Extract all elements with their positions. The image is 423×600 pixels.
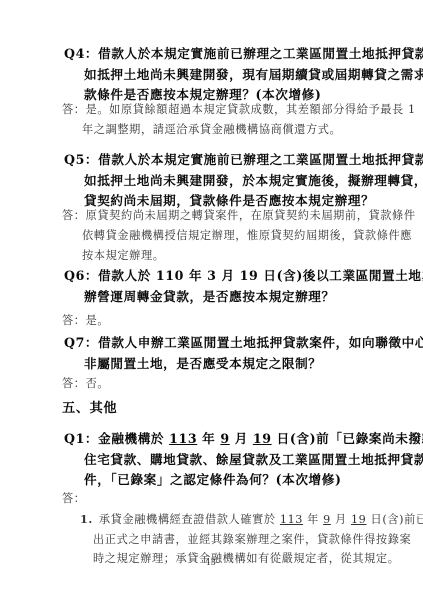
question-text: Q6：借款人於 110 年 3 月 19 日(含)後以工業區閒置土地為擔保，申	[64, 265, 423, 284]
answer-text: 依轉貸金融機構授信規定辦理，惟原貸契約屆期後，貸款條件應	[82, 227, 412, 243]
question-text: 住宅貸款、購地貸款、餘屋貸款及工業區閒置土地抵押貸款案	[84, 449, 423, 468]
section-heading: 五、其他	[62, 397, 117, 416]
question-text: 辦營運周轉金貸款，是否應按本規定辦理？	[84, 286, 335, 305]
answer-text: 出正式之申請書，並經其錄案辦理之案件，貸款條件得按錄案	[93, 531, 411, 547]
answer-text: 答：是。如原貸餘額超過本規定貸款成數，其差額部分得給予最長 1	[62, 101, 416, 117]
page-number: 13	[206, 558, 216, 568]
question-text: 如抵押土地尚未興建開發，於本規定實施後，擬辦理轉貸，且原	[84, 170, 423, 189]
question-text: Q5：借款人於本規定實施前已辦理之工業區閒置土地抵押貸款案件，	[64, 149, 423, 168]
answer-text: 時之規定辦理；承貸金融機構如有從嚴規定者，從其規定。	[93, 550, 399, 566]
list-number: 1.	[80, 512, 93, 526]
date-year: 113	[280, 513, 303, 526]
date-month: 9	[220, 431, 229, 446]
question-text: Q4：借款人於本規定實施前已辦理之工業區閒置土地抵押貸款案件，	[64, 43, 423, 62]
answer-text: 答：否。	[62, 375, 109, 391]
question-text: 件，「已錄案」之認定條件為何？(本次增修)	[84, 469, 342, 488]
answer-text: 1.承貸金融機構經查證借款人確實於 113 年 9 月 19 日(含)前已提	[80, 511, 423, 527]
answer-label: 答：	[62, 490, 86, 506]
date-month: 9	[323, 513, 331, 526]
answer-text: 答：是。	[62, 312, 109, 328]
date-day: 19	[351, 513, 366, 526]
question-text: Q1：金融機構於 113 年 9 月 19 日(含)前「已錄案尚未撥款」之購置	[64, 428, 423, 447]
question-text: 如抵押土地尚未興建開發，現有屆期續貸或屆期轉貸之需求，貸	[84, 64, 423, 83]
question-text: Q7：借款人申辦工業區閒置土地抵押貸款案件，如向聯徵中心查詢已	[64, 332, 423, 351]
date-year: 113	[169, 431, 197, 446]
answer-text: 按本規定辦理。	[82, 247, 165, 263]
question-text: 非屬閒置土地，是否應受本規定之限制？	[84, 353, 322, 372]
answer-text: 答：原貸契約尚未屆期之轉貸案件，在原貸契約未屆期前，貸款條件	[62, 207, 416, 223]
answer-text: 年之調整期，請逕洽承貸金融機構協商償還方式。	[82, 121, 341, 137]
date-day: 19	[253, 431, 272, 446]
